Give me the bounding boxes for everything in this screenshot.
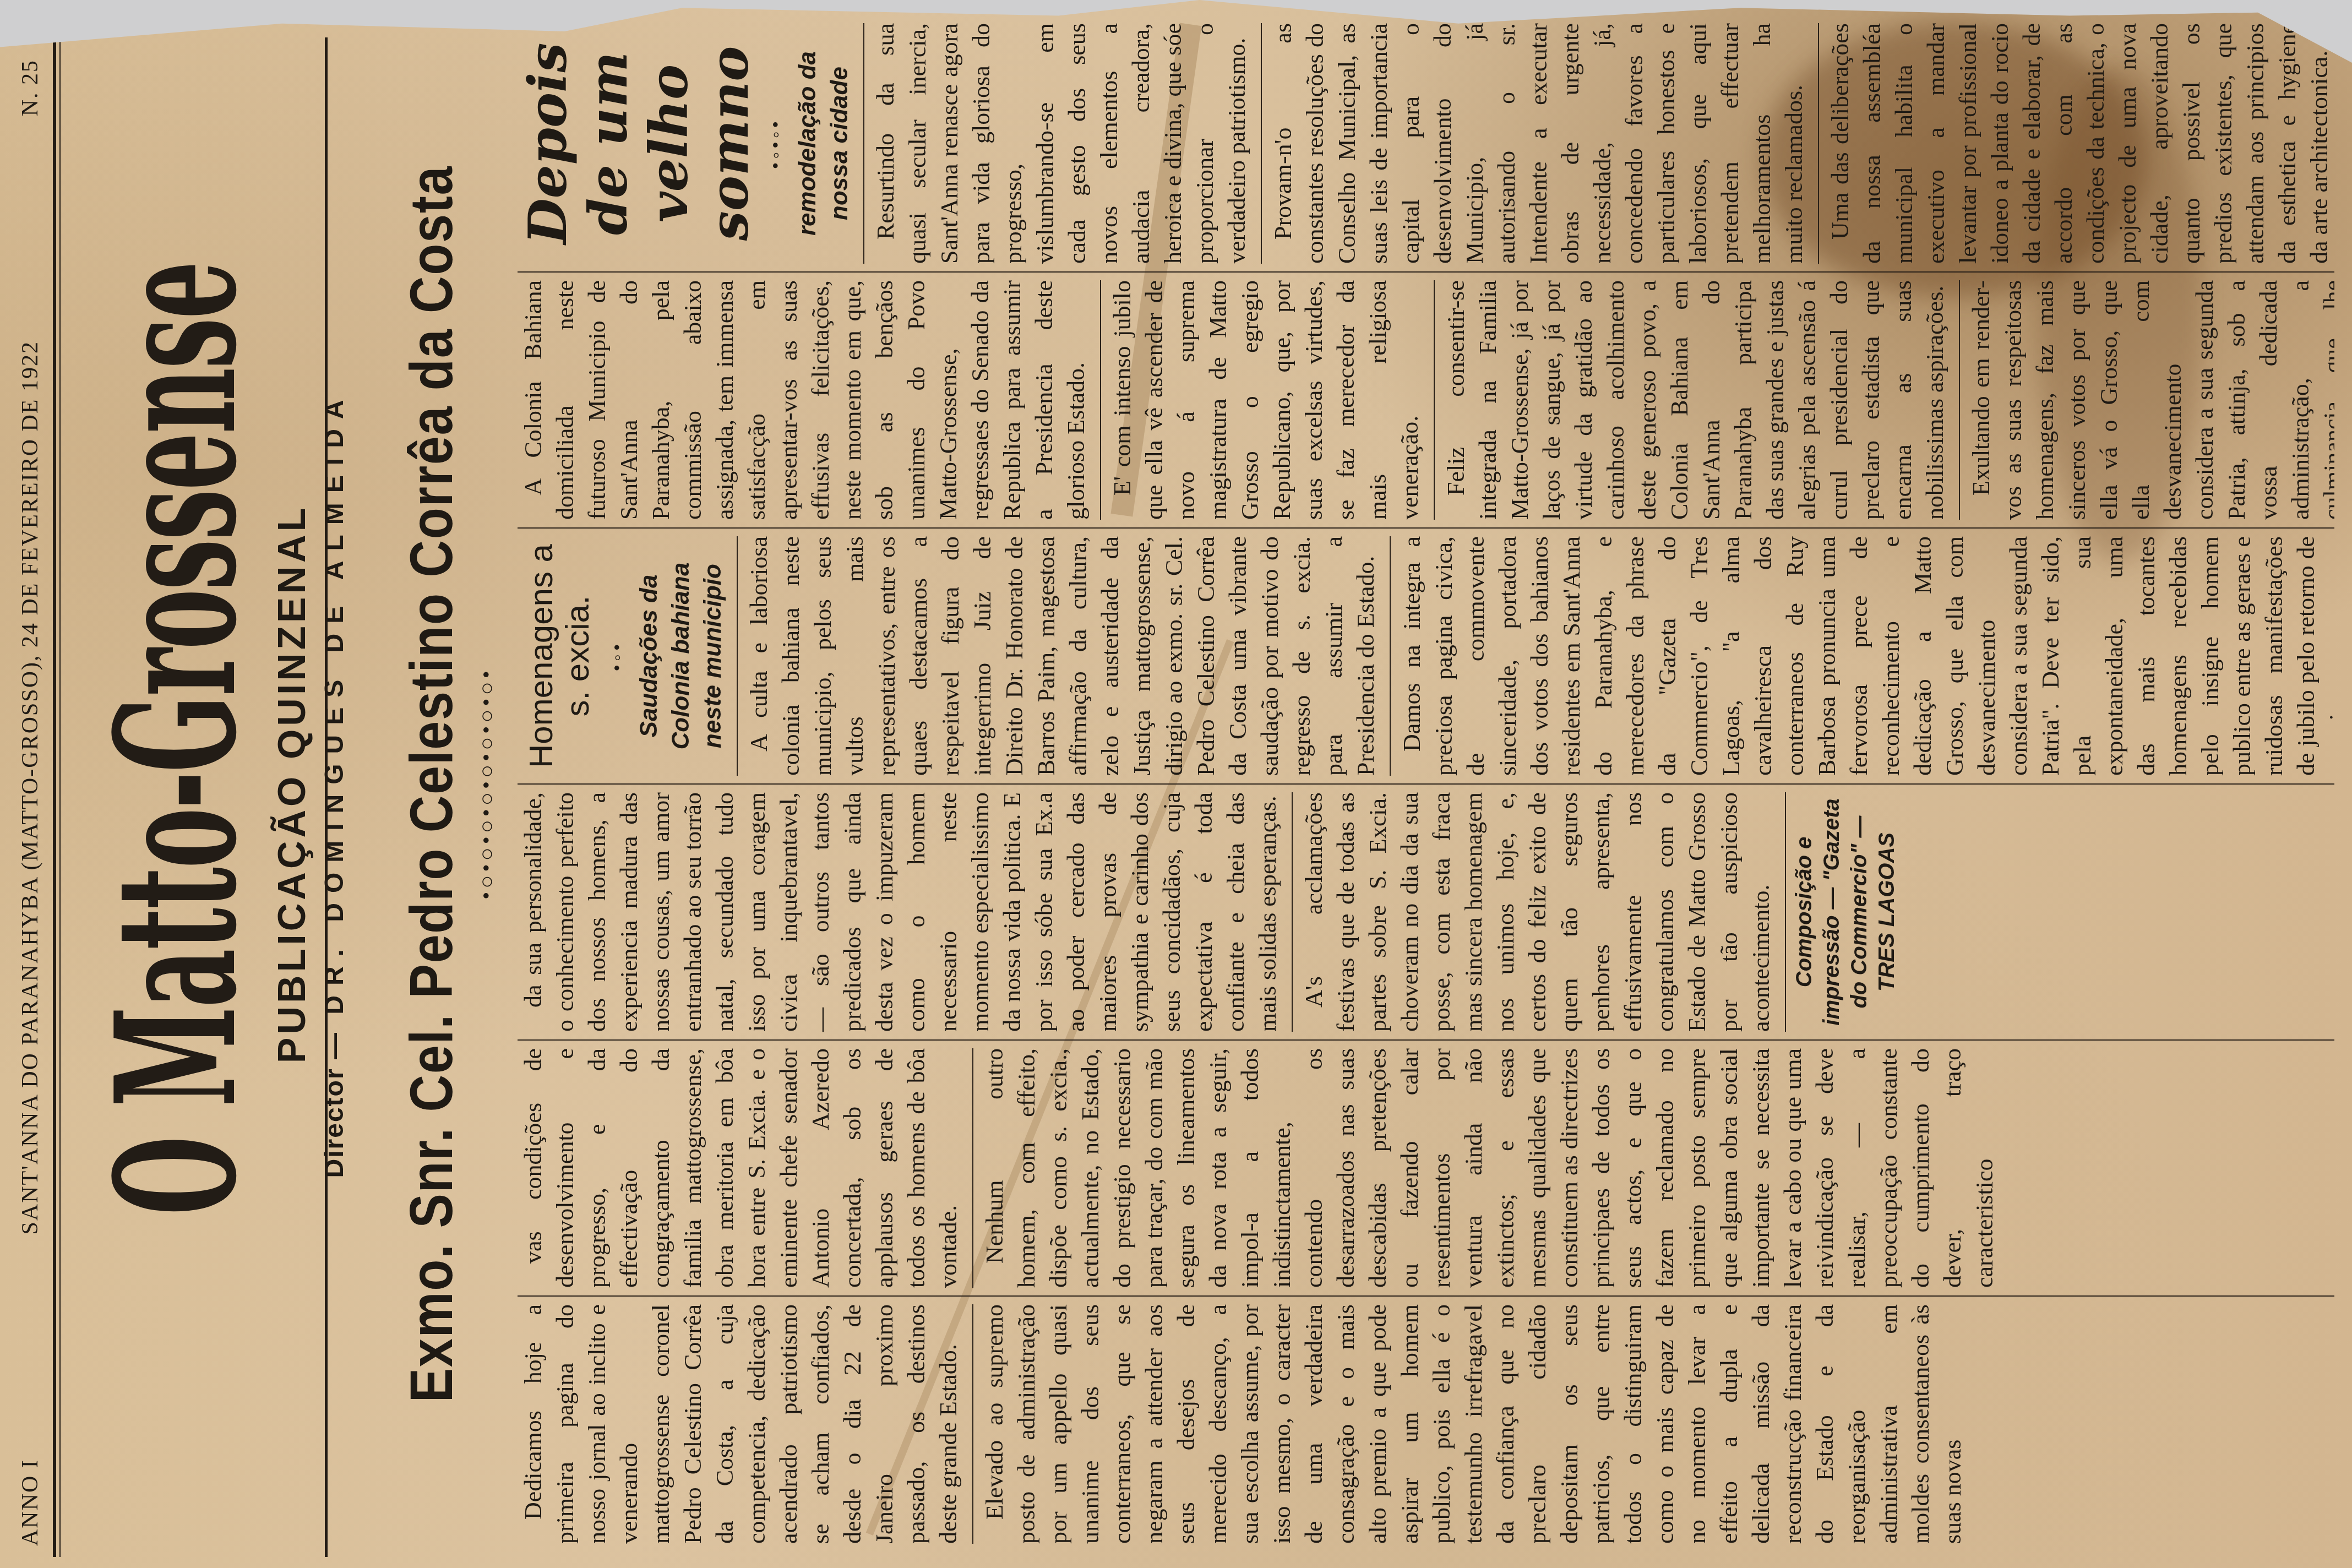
article-paragraph: A Colonia Bahiana domiciliada neste futu… xyxy=(518,280,1092,520)
article-columns: Dedicamos hoje a primeira pagina do noss… xyxy=(518,15,2334,1551)
article-paragraph: Provam-n'o as constantes resoluções do C… xyxy=(1261,23,1810,264)
article-title: Homenagens a s. excia. xyxy=(523,536,596,776)
article-subtitle: Saudações da Colonia bahiana neste munic… xyxy=(633,536,729,776)
column-3: da sua personalidade, o conhecimento per… xyxy=(518,783,2334,1039)
page-headline: Exmo. Snr. Cel. Pedro Celestino Corrêa d… xyxy=(396,118,466,1451)
article-title: Depois de um velho somno xyxy=(518,23,760,264)
article-header: Depois de um velho somno•◦•◦•remodelação… xyxy=(518,23,856,264)
column-1: Dedicamos hoje a primeira pagina do noss… xyxy=(518,1295,2334,1551)
publication-frequency: PUBLICAÇÃO QUINZENAL xyxy=(270,0,314,1568)
header-rule xyxy=(53,37,56,1557)
director-line: Director — DR. DOMINGUES DE ALMEIDA xyxy=(319,0,350,1568)
issue-number: N. 25 xyxy=(17,59,43,116)
article-paragraph: Exultando em render-vos as suas respeito… xyxy=(1959,280,2334,520)
article-paragraph: A's acclamações festivas que de todas as… xyxy=(1292,792,1777,1032)
article-header: Homenagens a s. excia.•◦•Saudações da Co… xyxy=(523,536,729,776)
director-name: DR. DOMINGUES DE ALMEIDA xyxy=(320,390,349,1015)
article-ornament: •◦• xyxy=(601,536,633,776)
dateline: ANNO I SANT'ANNA DO PARANAHYBA (MATTO-GR… xyxy=(11,59,50,1546)
headline-ornament: •○•○•○•○•○•○•○•○• xyxy=(473,494,499,1072)
article-paragraph: da sua personalidade, o conhecimento per… xyxy=(518,792,1284,1032)
masthead: O Matto-Grossense PUBLICAÇÃO QUINZENAL D… xyxy=(77,0,297,1568)
article-paragraph: Uma das deliberações da nossa assembléa … xyxy=(1818,23,2334,264)
place-date: SANT'ANNA DO PARANAHYBA (MATTO-GROSSO), … xyxy=(17,341,43,1235)
edition-label: ANNO I xyxy=(17,1459,43,1546)
article-paragraph: E' com intenso jubilo que ella vê ascend… xyxy=(1100,280,1426,520)
masthead-rule xyxy=(325,37,328,1557)
column-2: vas condições de desenvolvimento e progr… xyxy=(518,1039,2334,1295)
printer-imprint: Composição e impressão — "Gazeta do Comm… xyxy=(1785,792,1901,1032)
article-paragraph: Elevado ao supremo posto de administraçã… xyxy=(972,1304,1969,1544)
column-4: Homenagens a s. excia.•◦•Saudações da Co… xyxy=(518,527,2334,783)
newspaper-sheet: ANNO I SANT'ANNA DO PARANAHYBA (MATTO-GR… xyxy=(0,0,2352,1568)
article-paragraph: Dedicamos hoje a primeira pagina do noss… xyxy=(518,1304,965,1544)
article-paragraph: Damos na integra a preciosa pagina civic… xyxy=(1390,536,2334,776)
newspaper-page: ANNO I SANT'ANNA DO PARANAHYBA (MATTO-GR… xyxy=(0,0,2352,1568)
director-label: Director — xyxy=(320,1032,349,1178)
article-ornament: •◦•◦• xyxy=(760,23,792,264)
article-paragraph: Resurtindo da sua quasi secular inercia,… xyxy=(863,23,1253,264)
article-paragraph: Feliz consentir-se integrada na Familia … xyxy=(1434,280,1951,520)
newspaper-title: O Matto-Grossense xyxy=(77,353,275,1215)
column-5: A Colonia Bahiana domiciliada neste futu… xyxy=(518,271,2334,527)
article-paragraph: Nenhum outro homem, com effeito, dispõe … xyxy=(972,1048,2001,1288)
article-paragraph: A culta e laboriosa colonia bahiana nest… xyxy=(737,536,1382,776)
article-subtitle: remodelação da nossa cidade xyxy=(792,23,856,264)
header-rule-thin xyxy=(59,37,61,1557)
article-paragraph: vas condições de desenvolvimento e progr… xyxy=(518,1048,965,1288)
column-6: Depois de um velho somno•◦•◦•remodelação… xyxy=(518,15,2334,271)
